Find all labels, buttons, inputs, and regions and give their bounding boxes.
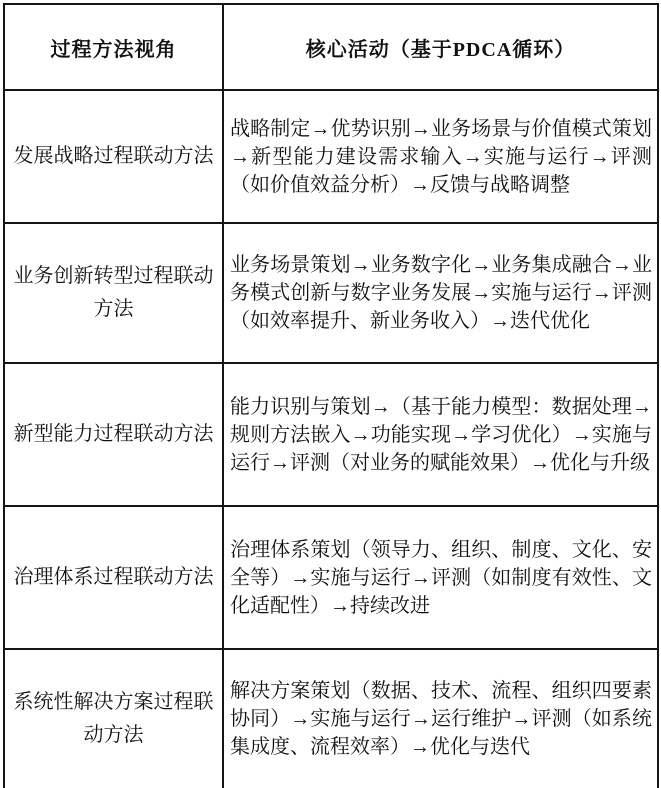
cell-perspective: 发展战略过程联动方法 xyxy=(4,90,223,223)
cell-perspective: 新型能力过程联动方法 xyxy=(4,363,223,506)
table-row: 新型能力过程联动方法 能力识别与策划→（基于能力模型：数据处理→规则方法嵌入→功… xyxy=(4,363,658,506)
table-row: 业务创新转型过程联动方法 业务场景策划→业务数字化→业务集成融合→业务模式创新与… xyxy=(4,223,658,363)
cell-activities: 治理体系策划（领导力、组织、制度、文化、安全等）→实施与运行→评测（如制度有效性… xyxy=(223,506,658,649)
cell-perspective: 治理体系过程联动方法 xyxy=(4,506,223,649)
header-cell-perspective: 过程方法视角 xyxy=(4,4,223,90)
cell-activities: 业务场景策划→业务数字化→业务集成融合→业务模式创新与数字业务发展→实施与运行→… xyxy=(223,223,658,363)
header-cell-activities: 核心活动（基于PDCA循环） xyxy=(223,4,658,90)
table-header-row: 过程方法视角 核心活动（基于PDCA循环） xyxy=(4,4,658,90)
cell-activities: 解决方案策划（数据、技术、流程、组织四要素协同）→实施与运行→运行维护→评测（如… xyxy=(223,649,658,788)
document-page: 过程方法视角 核心活动（基于PDCA循环） 发展战略过程联动方法 战略制定→优势… xyxy=(0,0,661,788)
process-method-table: 过程方法视角 核心活动（基于PDCA循环） 发展战略过程联动方法 战略制定→优势… xyxy=(3,3,659,788)
cell-perspective: 系统性解决方案过程联动方法 xyxy=(4,649,223,788)
table-row: 治理体系过程联动方法 治理体系策划（领导力、组织、制度、文化、安全等）→实施与运… xyxy=(4,506,658,649)
cell-activities: 能力识别与策划→（基于能力模型：数据处理→规则方法嵌入→功能实现→学习优化）→实… xyxy=(223,363,658,506)
cell-activities: 战略制定→优势识别→业务场景与价值模式策划→新型能力建设需求输入→实施与运行→评… xyxy=(223,90,658,223)
table-row: 发展战略过程联动方法 战略制定→优势识别→业务场景与价值模式策划→新型能力建设需… xyxy=(4,90,658,223)
table-row: 系统性解决方案过程联动方法 解决方案策划（数据、技术、流程、组织四要素协同）→实… xyxy=(4,649,658,788)
cell-perspective: 业务创新转型过程联动方法 xyxy=(4,223,223,363)
